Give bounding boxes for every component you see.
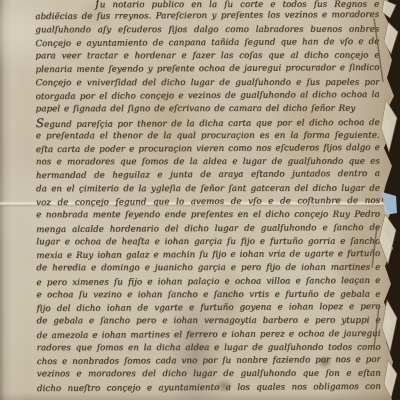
tear-crack [374,18,383,82]
tear-crack [372,226,377,268]
tear-crack [374,306,379,348]
manuscript-page: ſu notario publico en la ſu corte e todo… [0,0,400,400]
torn-right-edge [0,0,400,400]
